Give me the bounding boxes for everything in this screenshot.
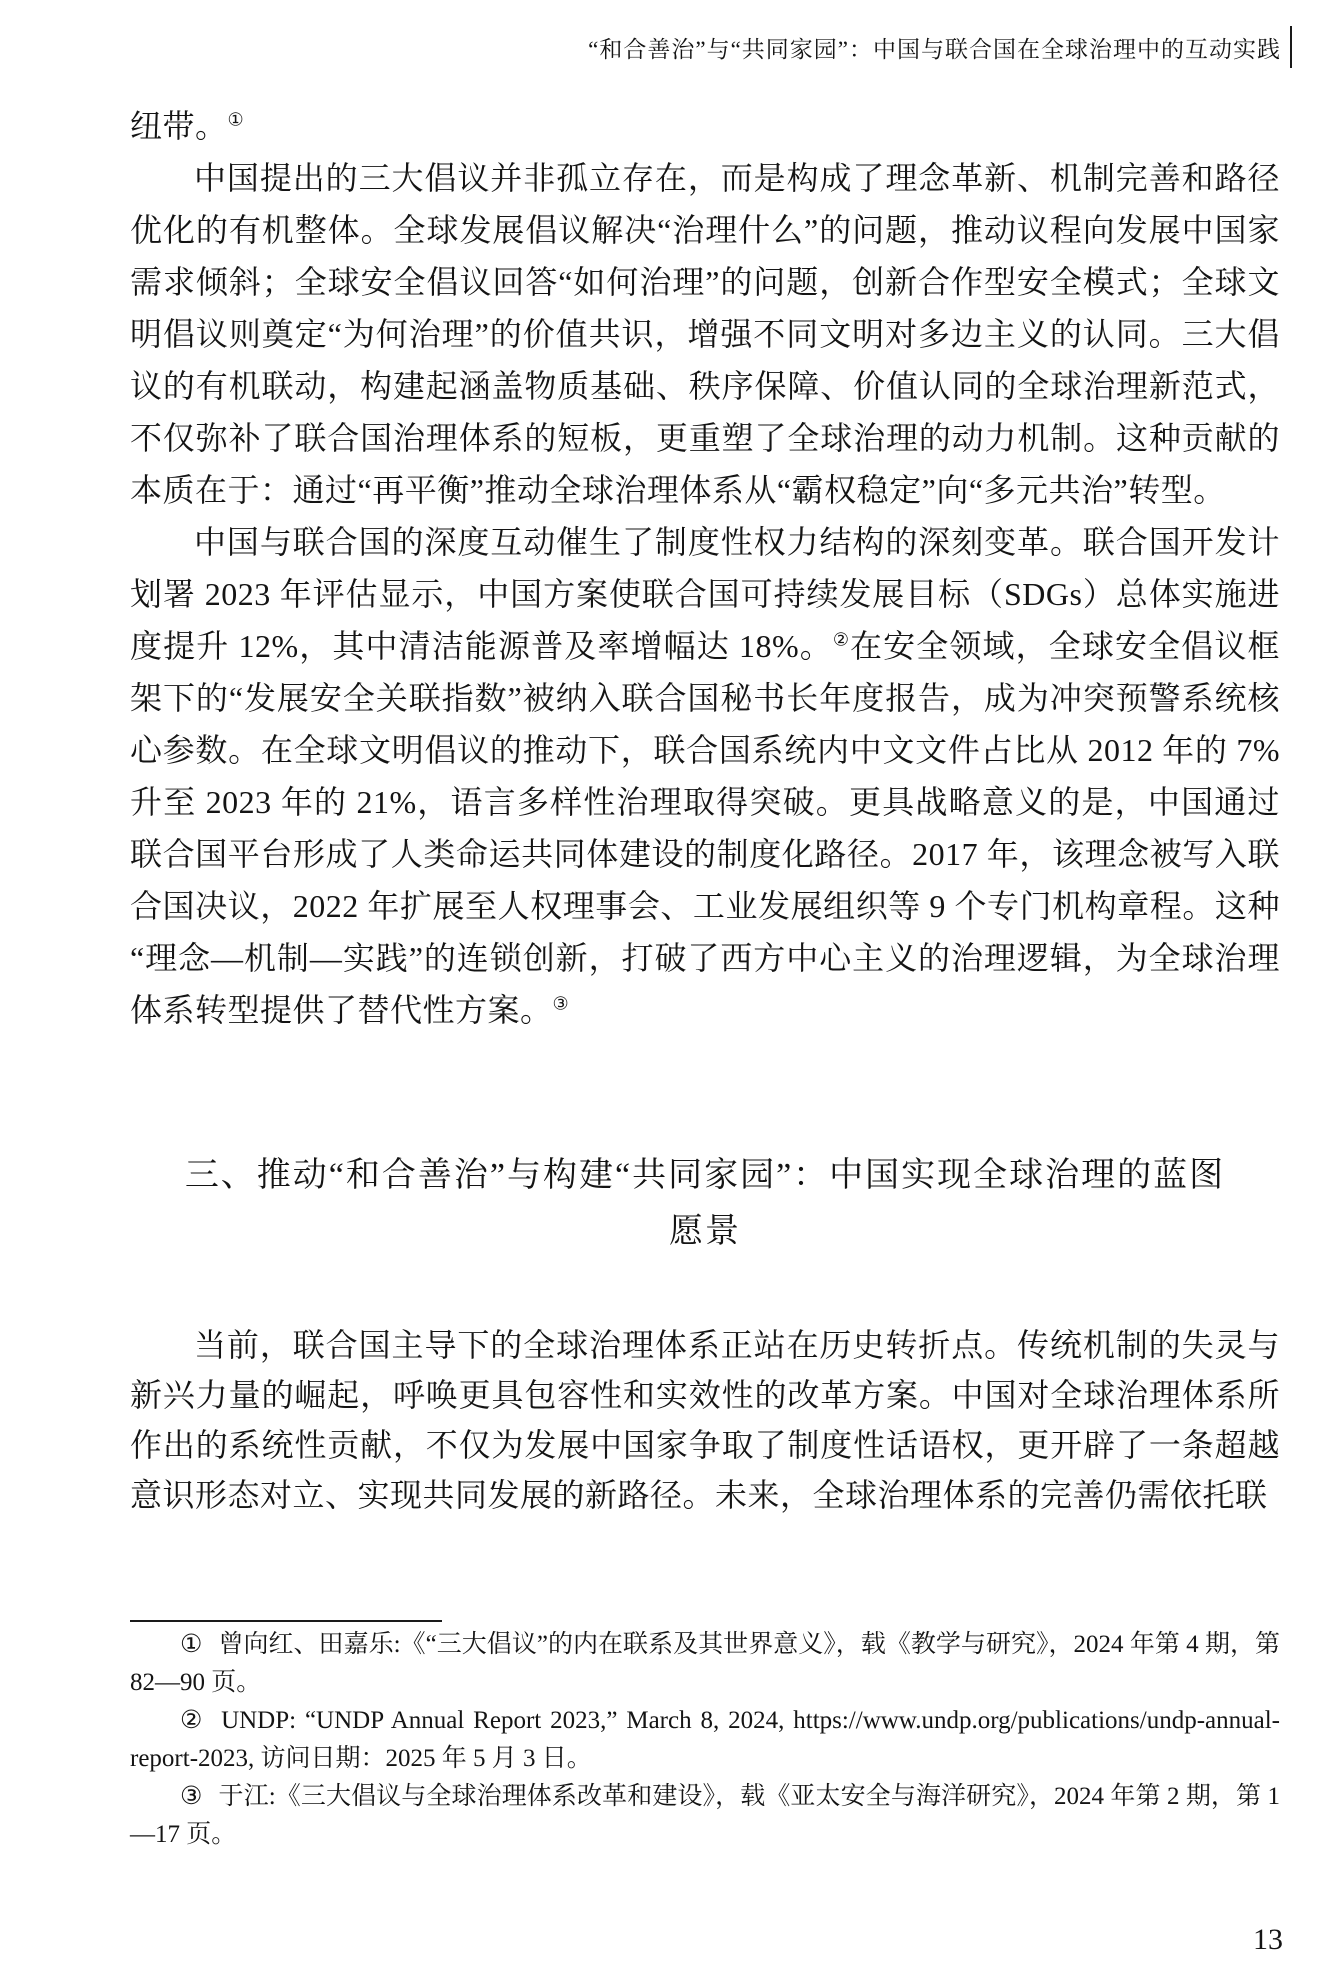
footnote-marker: ③	[180, 1783, 219, 1810]
document-page: “和合善治”与“共同家园”：中国与联合国在全球治理中的互动实践 纽带。① 中国提…	[0, 0, 1340, 1970]
text-run: 在安全领域，全球安全倡议框架下的“发展安全关联指数”被纳入联合国秘书长年度报告，…	[130, 628, 1280, 1028]
footnote-ref-superscript: ①	[228, 109, 245, 129]
body-text-block: 纽带。① 中国提出的三大倡议并非孤立存在，而是构成了理念革新、机制完善和路径优化…	[130, 100, 1280, 1036]
footnote-ref-superscript: ③	[553, 993, 570, 1013]
body-text-block: 当前，联合国主导下的全球治理体系正站在历史转折点。传统机制的失灵与新兴力量的崛起…	[130, 1320, 1280, 1520]
page-number: 13	[1253, 1922, 1283, 1958]
footnote-marker: ②	[180, 1707, 221, 1734]
text-run: 当前，联合国主导下的全球治理体系正站在历史转折点。传统机制的失灵与新兴力量的崛起…	[130, 1327, 1280, 1513]
text-run: UNDP: “UNDP Annual Report 2023,” March 8…	[130, 1707, 1280, 1772]
text-run: 于江:《三大倡议与全球治理体系改革和建设》，载《亚太安全与海洋研究》，2024 …	[130, 1783, 1280, 1848]
footnote-separator-rule	[130, 1620, 442, 1622]
footnote: ③于江:《三大倡议与全球治理体系改革和建设》，载《亚太安全与海洋研究》，2024…	[130, 1778, 1280, 1854]
footnote: ②UNDP: “UNDP Annual Report 2023,” March …	[130, 1702, 1280, 1778]
section-heading-line2: 愿景	[130, 1204, 1280, 1260]
footnote-ref-superscript: ②	[833, 629, 850, 649]
body-paragraph: 纽带。①	[130, 100, 1280, 152]
body-paragraph: 中国提出的三大倡议并非孤立存在，而是构成了理念革新、机制完善和路径优化的有机整体…	[130, 152, 1280, 516]
text-run: 纽带。	[130, 108, 228, 144]
section-heading: 三、推动“和合善治”与构建“共同家园”：中国实现全球治理的蓝图 愿景	[130, 1148, 1280, 1260]
text-run: 曾向红、田嘉乐:《“三大倡议”的内在联系及其世界意义》，载《教学与研究》，202…	[130, 1631, 1280, 1696]
footnote-marker: ①	[180, 1631, 218, 1658]
running-header-title: “和合善治”与“共同家园”：中国与联合国在全球治理中的互动实践	[588, 31, 1281, 64]
header-divider-bar	[1290, 26, 1292, 68]
body-paragraph: 中国与联合国的深度互动催生了制度性权力结构的深刻变革。联合国开发计划署 2023…	[130, 516, 1280, 1036]
text-run: 中国提出的三大倡议并非孤立存在，而是构成了理念革新、机制完善和路径优化的有机整体…	[130, 160, 1280, 508]
section-heading-line1: 三、推动“和合善治”与构建“共同家园”：中国实现全球治理的蓝图	[130, 1148, 1280, 1204]
footnote: ①曾向红、田嘉乐:《“三大倡议”的内在联系及其世界意义》，载《教学与研究》，20…	[130, 1626, 1280, 1702]
running-header: “和合善治”与“共同家园”：中国与联合国在全球治理中的互动实践	[0, 26, 1292, 68]
footnotes-block: ①曾向红、田嘉乐:《“三大倡议”的内在联系及其世界意义》，载《教学与研究》，20…	[130, 1626, 1280, 1854]
body-paragraph: 当前，联合国主导下的全球治理体系正站在历史转折点。传统机制的失灵与新兴力量的崛起…	[130, 1320, 1280, 1520]
